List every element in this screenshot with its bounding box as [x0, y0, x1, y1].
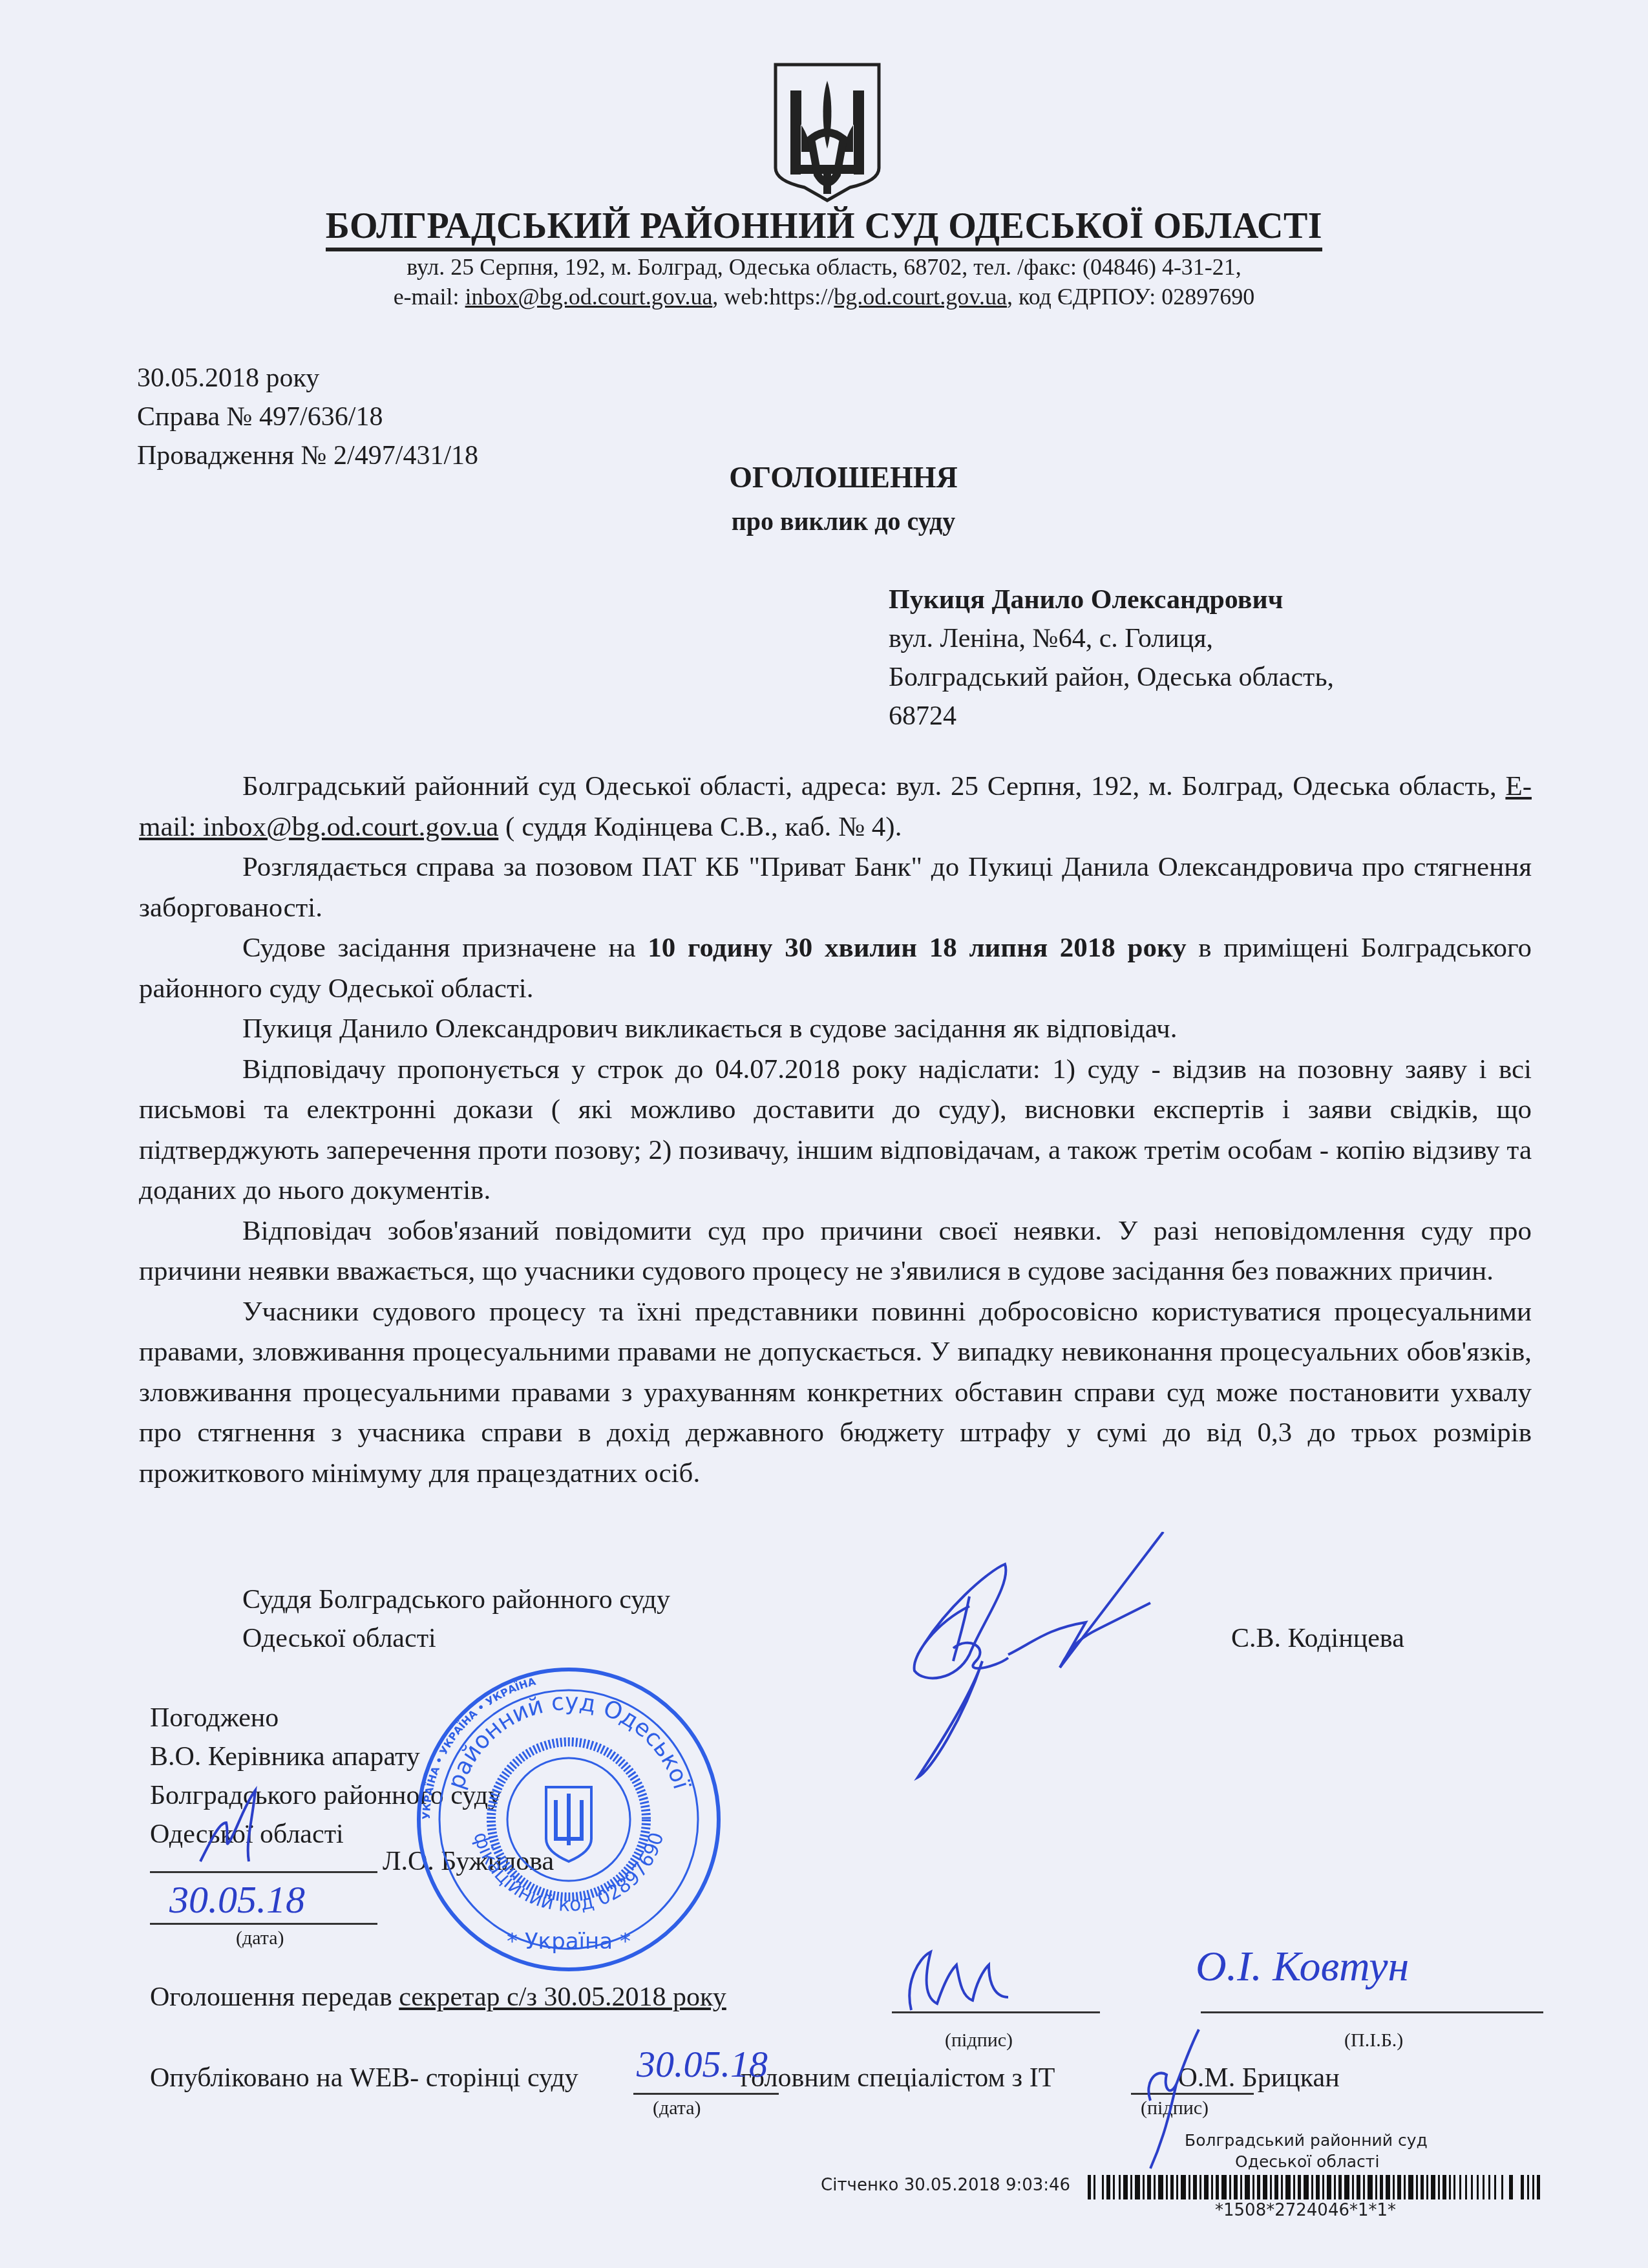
paragraph-procedural-rights: Учасники судового процесу та їхні предст… [139, 1292, 1532, 1494]
judge-title: Суддя Болградського районного суду Одесь… [242, 1580, 670, 1658]
judge-signature-icon [892, 1532, 1176, 1794]
court-contacts: e-mail: inbox@bg.od.court.gov.ua, web:ht… [0, 283, 1648, 310]
court-name-heading: БОЛГРАДСЬКИЙ РАЙОННИЙ СУД ОДЕСЬКОЇ ОБЛАС… [0, 206, 1648, 247]
barcode-icon [1088, 2175, 1540, 2199]
paragraph-summons: Пукиця Данило Олександрович викликається… [139, 1009, 1532, 1050]
registrar-stamp: Сітченко 30.05.2018 9:03:46 [821, 2176, 1070, 2195]
approval-date-caption: (дата) [236, 1927, 284, 1949]
transfer-handwritten-name: О.І. Ковтун [1196, 1942, 1409, 1991]
barcode-text: *1508*2724046*1*1* [1215, 2201, 1396, 2220]
judge-name: С.В. Кодінцева [1231, 1619, 1404, 1658]
approval-date-line [150, 1923, 377, 1925]
coat-of-arms-icon [772, 61, 882, 204]
notice-body: Болградський районний суд Одеської облас… [139, 767, 1532, 1494]
court-email-link[interactable]: inbox@bg.od.court.gov.ua [465, 284, 713, 310]
approval-handwritten-date: 30.05.18 [169, 1878, 305, 1922]
published-handwritten-date: 30.05.18 [637, 2042, 768, 2086]
addressee-line: 68724 [889, 697, 1334, 736]
paragraph-absence: Відповідач зобов'язаний повідомити суд п… [139, 1211, 1532, 1292]
document-subtitle: про виклик до суду [0, 506, 1648, 536]
footer-court-line2: Одеської області [1235, 2152, 1379, 2171]
paragraph-court-info: Болградський районний суд Одеської облас… [139, 767, 1532, 847]
case-number: Справа № 497/636/18 [137, 397, 478, 436]
addressee-name: Пукиця Данило Олександрович [889, 580, 1334, 619]
transfer-secretar: секретар с/з 30.05.2018 року [399, 1982, 726, 2012]
document-title: ОГОЛОШЕННЯ [0, 460, 1648, 494]
transfer-sign-caption: (підпис) [945, 2030, 1013, 2051]
court-address: вул. 25 Серпня, 192, м. Болград, Одеська… [0, 253, 1648, 281]
footer-court-line1: Болградський районний суд [1185, 2131, 1428, 2150]
transfer-line: Оголошення передав секретар с/з 30.05.20… [150, 1978, 726, 2017]
hearing-datetime: 10 годину 30 хвилин 18 липня 2018 року [648, 933, 1186, 963]
approval-signature-icon [194, 1784, 284, 1878]
document-date: 30.05.2018 року [137, 359, 478, 397]
secretary-signature-icon [898, 1945, 1015, 2020]
document-meta: 30.05.2018 року Справа № 497/636/18 Пров… [137, 359, 478, 475]
paragraph-response-deadline: Відповідачу пропонується у строк до 04.0… [139, 1050, 1532, 1211]
court-web-link[interactable]: bg.od.court.gov.ua [834, 284, 1007, 310]
svg-text:* Україна *: * Україна * [507, 1929, 631, 1955]
court-seal-stamp-icon: УКРАЇНА • УКРАЇНА • УКРАЇНА районний суд… [414, 1664, 724, 1978]
published-date-line [633, 2093, 779, 2095]
addressee-line: Болградський район, Одеська область, [889, 658, 1334, 697]
published-date-caption: (дата) [653, 2097, 701, 2119]
paragraph-hearing: Судове засідання призначене на 10 годину… [139, 928, 1532, 1009]
transfer-name-line [1201, 2011, 1543, 2013]
transfer-name-caption: (П.І.Б.) [1344, 2030, 1403, 2051]
addressee-block: Пукиця Данило Олександрович вул. Леніна,… [889, 580, 1334, 736]
addressee-line: вул. Леніна, №64, с. Голиця, [889, 619, 1334, 658]
it-specialist-signature-icon [1137, 2023, 1221, 2175]
paragraph-case: Розглядається справа за позовом ПАТ КБ "… [139, 847, 1532, 928]
